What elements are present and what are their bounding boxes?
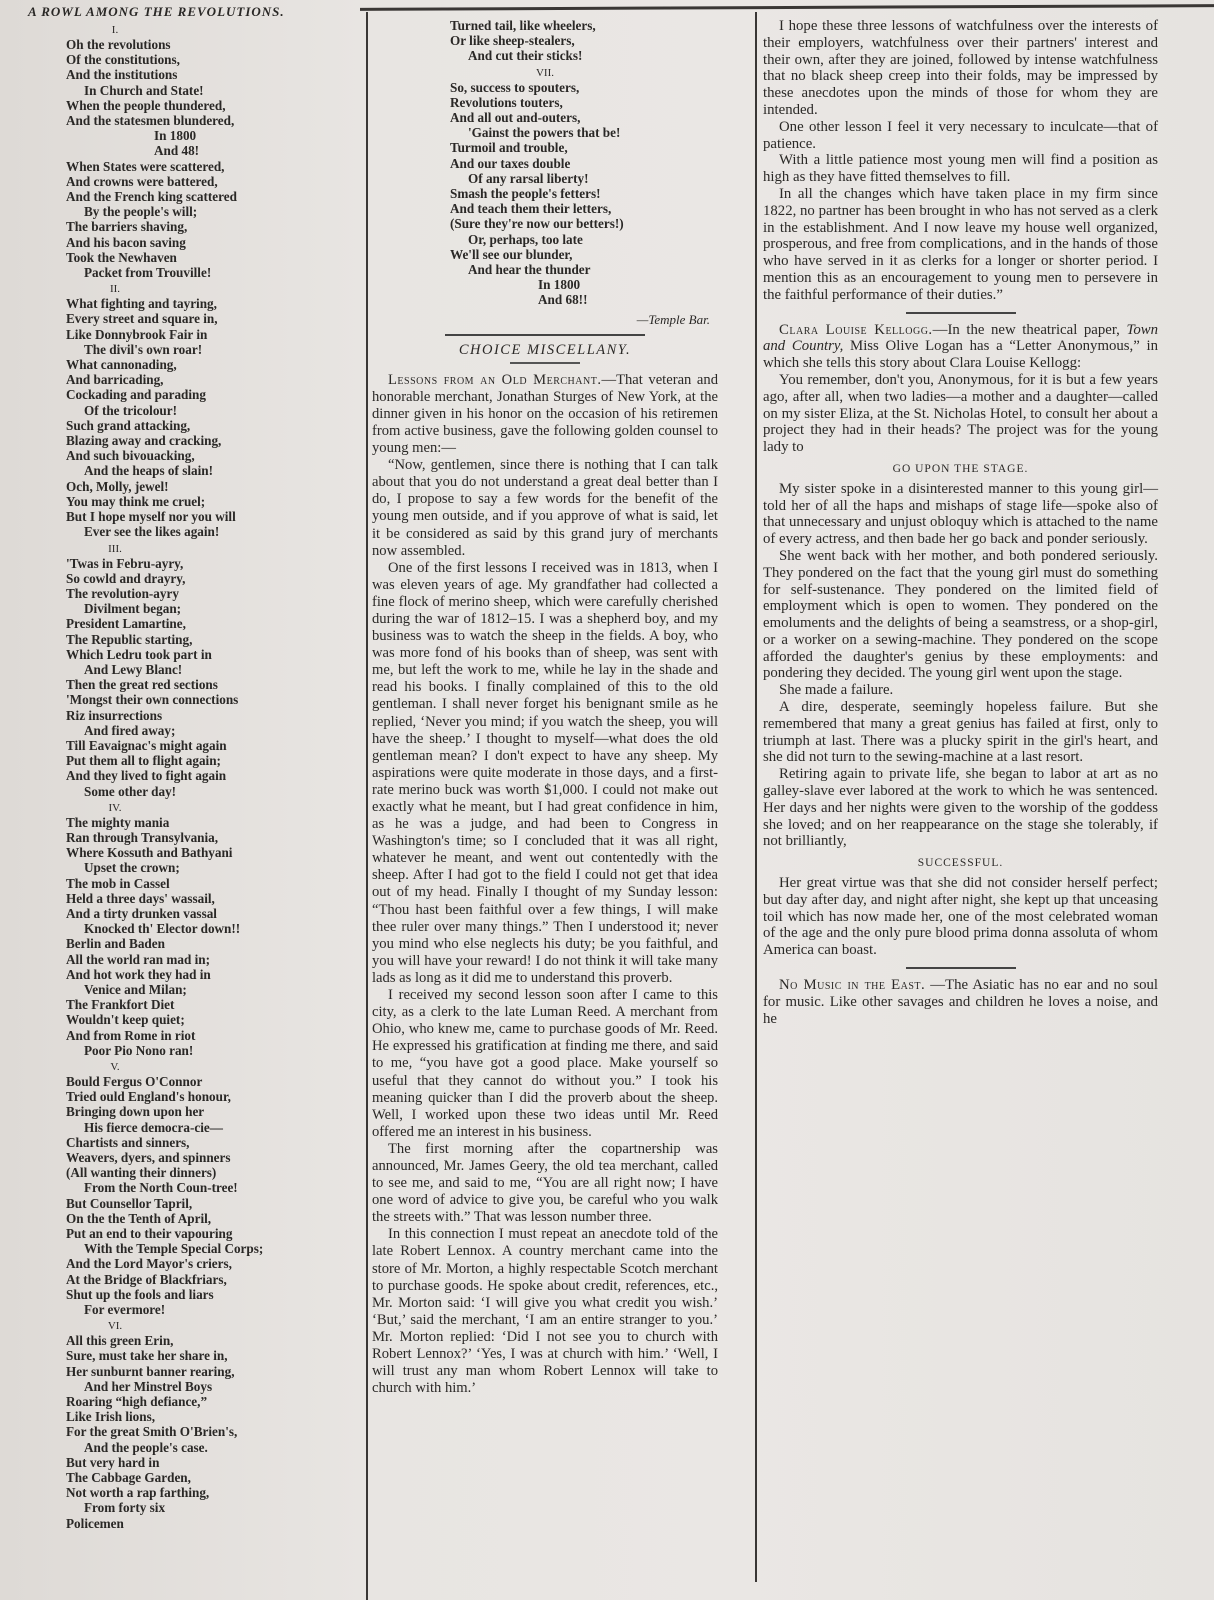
poem-line: By the people's will;	[66, 204, 350, 219]
paragraph: My sister spoke in a disinterested manne…	[763, 481, 1158, 548]
poem-line: Venice and Milan;	[66, 982, 350, 997]
poem-line: Policemen	[66, 1516, 350, 1531]
poem-line: Such grand attacking,	[66, 418, 350, 433]
poem-line: And teach them their letters,	[450, 201, 718, 216]
poem-line: And a tirty drunken vassal	[66, 906, 350, 921]
stanza: 'Twas in Febru-ayry,So cowld and drayry,…	[20, 556, 350, 799]
poem-line: Some other day!	[66, 784, 350, 799]
poem-line: So, success to spouters,	[450, 80, 718, 95]
poem-line: Tried ould England's honour,	[66, 1089, 350, 1104]
poem-line: Like Irish lions,	[66, 1409, 350, 1424]
stanza-number: V.	[20, 1061, 350, 1073]
stanza-number: VII.	[372, 67, 718, 79]
poem-line: In Church and State!	[66, 83, 350, 98]
poem-line: And her Minstrel Boys	[66, 1379, 350, 1394]
poem-line: All the world ran mad in;	[66, 952, 350, 967]
paragraph: The first morning after the copartnershi…	[372, 1141, 718, 1226]
paragraph: With a little patience most young men wi…	[763, 152, 1158, 186]
paragraph: In all the changes which have taken plac…	[763, 186, 1158, 304]
stanza-number: IV.	[20, 802, 350, 814]
paragraph: Her great virtue was that she did not co…	[763, 875, 1158, 959]
poem-line: Held a three days' wassail,	[66, 891, 350, 906]
poem-line: The Frankfort Diet	[66, 997, 350, 1012]
poem-line: 'Twas in Febru-ayry,	[66, 556, 350, 571]
poem-line: The mighty mania	[66, 815, 350, 830]
poem-line: Chartists and sinners,	[66, 1135, 350, 1150]
poem-line: And the French king scattered	[66, 189, 350, 204]
poem-line: And the people's case.	[66, 1440, 350, 1455]
poem-line: And 48!	[66, 143, 350, 158]
newspaper-page: A Rowl Among the Revolutions. I.Oh the r…	[0, 0, 1214, 1600]
article-intro: Clara Louise Kellogg.—In the new theatri…	[763, 322, 1158, 372]
poem-line: But very hard in	[66, 1455, 350, 1470]
section-title: Choice Miscellany.	[372, 342, 718, 359]
poem-line: And fired away;	[66, 723, 350, 738]
poem-attribution: —Temple Bar.	[372, 312, 710, 328]
poem-line: Ran through Transylvania,	[66, 830, 350, 845]
poem-line: And the heaps of slain!	[66, 463, 350, 478]
poem-line: Put an end to their vapouring	[66, 1226, 350, 1241]
paragraph: A dire, desperate, seemingly hopeless fa…	[763, 699, 1158, 766]
divider-rule	[906, 967, 1016, 969]
poem-line: Roaring “high defiance,”	[66, 1394, 350, 1409]
poem-line: (Sure they're now our betters!)	[450, 216, 718, 231]
poem-line: When States were scattered,	[66, 159, 350, 174]
poem-line: And the statesmen blundered,	[66, 113, 350, 128]
poem-title: A Rowl Among the Revolutions.	[28, 4, 350, 20]
stanza: Oh the revolutionsOf the constitutions,A…	[20, 37, 350, 280]
stanza: Bould Fergus O'ConnorTried ould England'…	[20, 1074, 350, 1317]
poem-line: So cowld and drayry,	[66, 571, 350, 586]
top-rule	[360, 4, 1214, 11]
poem-line: Upset the crown;	[66, 860, 350, 875]
paragraph: She went back with her mother, and both …	[763, 548, 1158, 682]
paragraph: One other lesson I feel it very necessar…	[763, 119, 1158, 153]
poem-line: Till Eavaignac's might again	[66, 738, 350, 753]
stanza-number: III.	[20, 543, 350, 555]
poem-line: On the the Tenth of April,	[66, 1211, 350, 1226]
poem-line: Bould Fergus O'Connor	[66, 1074, 350, 1089]
poem-line: Shut up the fools and liars	[66, 1287, 350, 1302]
poem-line: Berlin and Baden	[66, 936, 350, 951]
paragraph: I hope these three lessons of watchfulne…	[763, 18, 1158, 119]
poem-line: Took the Newhaven	[66, 250, 350, 265]
divider-rule	[510, 362, 580, 364]
poem-line: In 1800	[450, 277, 718, 292]
poem-line: And hear the thunder	[450, 262, 718, 277]
poem-line: Smash the people's fetters!	[450, 186, 718, 201]
poem-line: Cockading and parading	[66, 387, 350, 402]
poem-line: The Cabbage Garden,	[66, 1470, 350, 1485]
poem-line: And all out and-outers,	[450, 110, 718, 125]
article-no-music: No Music in the East. —The Asiatic has n…	[763, 977, 1158, 1027]
poem-line: Where Kossuth and Bathyani	[66, 845, 350, 860]
poem-line: Turmoil and trouble,	[450, 140, 718, 155]
poem-line: Like Donnybrook Fair in	[66, 327, 350, 342]
poem-line: Or like sheep-stealers,	[450, 33, 718, 48]
paragraph: In this connection I must repeat an anec…	[372, 1226, 718, 1397]
poem-line: Then the great red sections	[66, 677, 350, 692]
poem-line: What cannonading,	[66, 357, 350, 372]
poem-line: The divil's own roar!	[66, 342, 350, 357]
poem-line: And the institutions	[66, 67, 350, 82]
poem-line: The revolution-ayry	[66, 586, 350, 601]
paragraph: One of the first lessons I received was …	[372, 560, 718, 987]
stanza-number: VI.	[20, 1320, 350, 1332]
subheading: GO UPON THE STAGE.	[763, 461, 1158, 478]
poem-line: What fighting and tayring,	[66, 296, 350, 311]
poem-line: The Republic starting,	[66, 632, 350, 647]
poem-line: Her sunburnt banner rearing,	[66, 1364, 350, 1379]
paragraph: Retiring again to private life, she bega…	[763, 766, 1158, 850]
poem-line: Sure, must take her share in,	[66, 1348, 350, 1363]
poem-line: With the Temple Special Corps;	[66, 1241, 350, 1256]
poem-line: In 1800	[66, 128, 350, 143]
poem-line: Turned tail, like wheelers,	[450, 18, 718, 33]
poem-line: From forty six	[66, 1500, 350, 1515]
article-heading: Clara Louise Kellogg.	[779, 322, 933, 338]
poem-continuation: Turned tail, like wheelers,Or like sheep…	[372, 18, 718, 64]
article-heading: No Music in the East.	[779, 977, 925, 993]
poem-line: 'Mongst their own connections	[66, 692, 350, 707]
poem-line: And barricading,	[66, 372, 350, 387]
poem-line: Put them all to flight again;	[66, 753, 350, 768]
column-rule-2	[755, 12, 757, 1582]
poem-line: President Lamartine,	[66, 616, 350, 631]
poem-stanza-vii: So, success to spouters,Revolutions tout…	[372, 80, 718, 308]
poem-line: From the North Coun-tree!	[66, 1180, 350, 1195]
divider-rule	[906, 312, 1016, 314]
paragraph: I received my second lesson soon after I…	[372, 987, 718, 1141]
poem-line: And such bivouacking,	[66, 448, 350, 463]
poem-line: Or, perhaps, too late	[450, 232, 718, 247]
poem-line: (All wanting their dinners)	[66, 1165, 350, 1180]
poem-line: And our taxes double	[450, 156, 718, 171]
poem-line: Riz insurrections	[66, 708, 350, 723]
poem-line: But Counsellor Tapril,	[66, 1196, 350, 1211]
poem-line: And his bacon saving	[66, 235, 350, 250]
poem-line: And from Rome in riot	[66, 1028, 350, 1043]
poem-line: And Lewy Blanc!	[66, 662, 350, 677]
poem-line: Wouldn't keep quiet;	[66, 1012, 350, 1027]
poem-line: Not worth a rap farthing,	[66, 1485, 350, 1500]
poem-line: Och, Molly, jewel!	[66, 479, 350, 494]
poem-line: And 68!!	[450, 292, 718, 307]
poem-line: And they lived to fight again	[66, 768, 350, 783]
poem-line: The barriers shaving,	[66, 219, 350, 234]
poem-line: Of any rarsal liberty!	[450, 171, 718, 186]
column-rule-1	[366, 12, 368, 1600]
poem-line: The mob in Cassel	[66, 876, 350, 891]
poem-line: And hot work they had in	[66, 967, 350, 982]
poem-line: At the Bridge of Blackfriars,	[66, 1272, 350, 1287]
middle-column: Turned tail, like wheelers,Or like sheep…	[372, 18, 718, 1397]
article-kellogg: Clara Louise Kellogg.—In the new theatri…	[763, 322, 1158, 959]
stanza-number: II.	[20, 283, 350, 295]
poem-line: Knocked th' Elector down!!	[66, 921, 350, 936]
poem-line: Every street and square in,	[66, 311, 350, 326]
article-heading: Lessons from an Old Merchant.	[388, 372, 601, 388]
poem-line: You may think me cruel;	[66, 494, 350, 509]
poem-stanzas: I.Oh the revolutionsOf the constitutions…	[20, 24, 350, 1531]
poem-line: Revolutions touters,	[450, 95, 718, 110]
poem-line: Ever see the likes again!	[66, 524, 350, 539]
subheading: SUCCESSFUL.	[763, 855, 1158, 872]
poem-line: Oh the revolutions	[66, 37, 350, 52]
poem-line: His fierce democra-cie—	[66, 1120, 350, 1135]
stanza: What fighting and tayring,Every street a…	[20, 296, 350, 539]
poem-line: Which Ledru took part in	[66, 647, 350, 662]
stanza: All this green Erin,Sure, must take her …	[20, 1333, 350, 1531]
paragraph: She made a failure.	[763, 682, 1158, 699]
poem-line: Bringing down upon her	[66, 1104, 350, 1119]
article-old-merchant-continued: I hope these three lessons of watchfulne…	[763, 18, 1158, 304]
left-column: A Rowl Among the Revolutions. I.Oh the r…	[20, 4, 350, 1531]
poem-line: And the Lord Mayor's criers,	[66, 1256, 350, 1271]
right-column: I hope these three lessons of watchfulne…	[763, 18, 1158, 1027]
poem-line: Of the constitutions,	[66, 52, 350, 67]
poem-line: Divilment began;	[66, 601, 350, 616]
poem-line: 'Gainst the powers that be!	[450, 125, 718, 140]
poem-line: For evermore!	[66, 1302, 350, 1317]
stanza-number: I.	[20, 24, 350, 36]
poem-line: Weavers, dyers, and spinners	[66, 1150, 350, 1165]
article-old-merchant: Lessons from an Old Merchant.—That veter…	[372, 372, 718, 1398]
poem-line: And cut their sticks!	[450, 48, 718, 63]
poem-line: Poor Pio Nono ran!	[66, 1043, 350, 1058]
poem-line: We'll see our blunder,	[450, 247, 718, 262]
poem-line: And crowns were battered,	[66, 174, 350, 189]
poem-line: But I hope myself nor you will	[66, 509, 350, 524]
article-intro: Lessons from an Old Merchant.—That veter…	[372, 372, 718, 457]
poem-line: When the people thundered,	[66, 98, 350, 113]
poem-line: Blazing away and cracking,	[66, 433, 350, 448]
poem-line: All this green Erin,	[66, 1333, 350, 1348]
poem-line: For the great Smith O'Brien's,	[66, 1424, 350, 1439]
paragraph: You remember, don't you, Anonymous, for …	[763, 372, 1158, 456]
divider-rule	[445, 334, 645, 336]
paragraph: “Now, gentlemen, since there is nothing …	[372, 457, 718, 560]
poem-line: Of the tricolour!	[66, 403, 350, 418]
stanza: The mighty maniaRan through Transylvania…	[20, 815, 350, 1058]
poem-line: Packet from Trouville!	[66, 265, 350, 280]
